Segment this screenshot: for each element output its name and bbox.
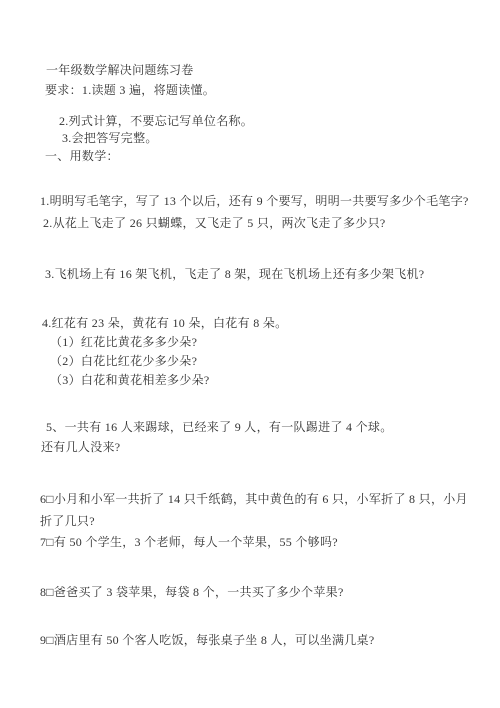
- requirement-line-3: 3.会把答写完整。: [62, 130, 158, 146]
- question-6: 6□小月和小军一共折了 14 只千纸鹤，其中黄色的有 6 只，小军折了 8 只，…: [40, 489, 476, 532]
- worksheet-title: 一年级数学解决问题练习卷: [46, 62, 194, 78]
- requirement-line-1: 要求：1.读题 3 遍，将题读懂。: [45, 82, 215, 98]
- question-4-sub-1: （1）红花比黄花多多少朵?: [50, 334, 197, 350]
- question-8: 8□爸爸买了 3 袋苹果，每袋 8 个，一共买了多少个苹果?: [40, 584, 344, 600]
- question-1: 1.明明写毛笔字，写了 13 个以后，还有 9 个要写，明明一共要写多少个毛笔字…: [40, 193, 469, 209]
- worksheet-page: 一年级数学解决问题练习卷 要求：1.读题 3 遍，将题读懂。 2.列式计算，不要…: [0, 0, 500, 708]
- question-4-sub-2: （2）白花比红花少多少朵?: [50, 353, 197, 369]
- question-2: 2.从花上飞走了 26 只蝴蝶，又飞走了 5 只，两次飞走了多少只?: [43, 215, 386, 231]
- section-heading: 一、用数学：: [45, 148, 119, 164]
- question-3: 3.飞机场上有 16 架飞机，飞走了 8 架，现在飞机场上还有多少架飞机?: [45, 266, 424, 282]
- question-4: 4.红花有 23 朵，黄花有 10 朵，白花有 8 朵。: [42, 315, 287, 331]
- question-7: 7□有 50 个学生，3 个老师，每人一个苹果，55 个够吗?: [40, 534, 338, 550]
- question-4-sub-3: （3）白花和黄花相差多少朵?: [50, 372, 210, 388]
- question-9: 9□酒店里有 50 个客人吃饭，每张桌子坐 8 人，可以坐满几桌?: [40, 632, 374, 648]
- question-5: 5、一共有 16 人来踢球，已经来了 9 人，有一队踢进了 4 个球。: [46, 419, 393, 435]
- requirement-line-2: 2.列式计算，不要忘记写单位名称。: [59, 113, 253, 129]
- question-5-line-2: 还有几人没来?: [41, 439, 120, 455]
